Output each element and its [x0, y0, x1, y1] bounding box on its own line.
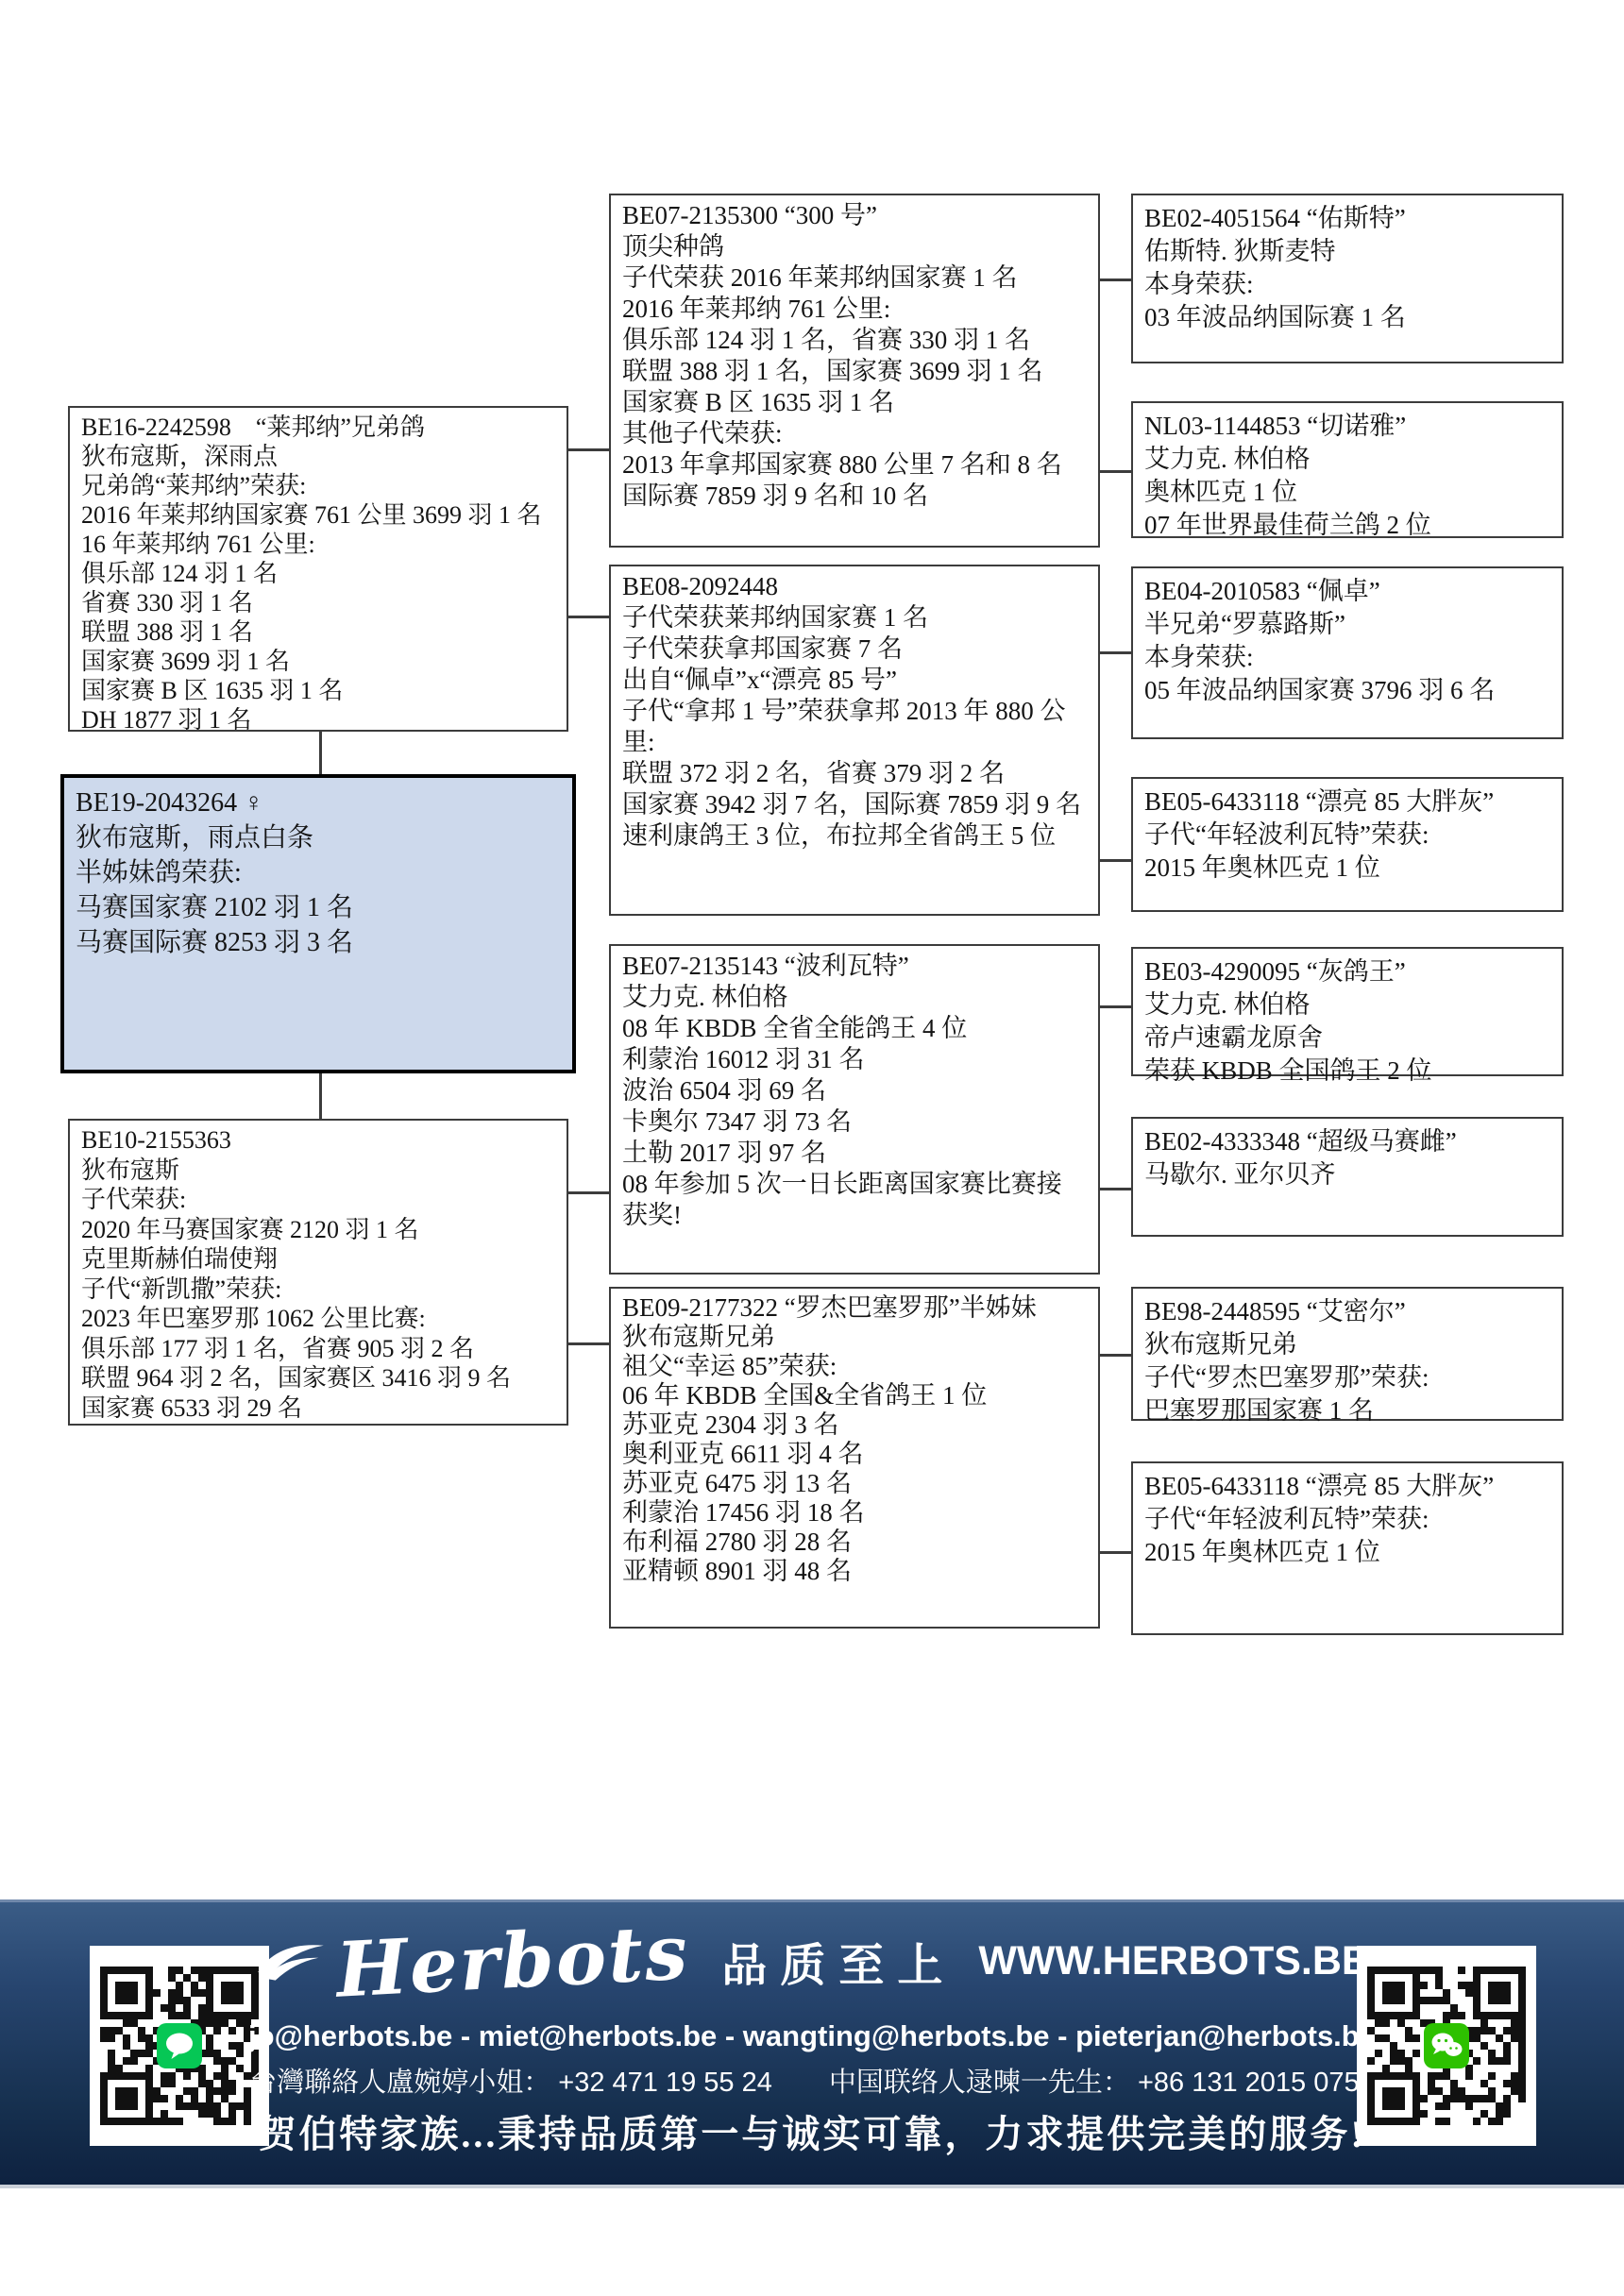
box-be08-2092448: BE08-2092448 子代荣获莱邦纳国家赛 1 名 子代荣获拿邦国家赛 7 …	[609, 565, 1100, 916]
pedigree-connector	[1100, 1005, 1131, 1008]
wechat-icon	[1424, 2023, 1469, 2068]
box-be05-6433118-top: BE05-6433118 “漂亮 85 大胖灰” 子代“年轻波利瓦特”荣获: 2…	[1131, 777, 1564, 912]
contact-china: 中国联络人逯暕一先生： +86 131 2015 0755	[829, 2068, 1375, 2098]
pedigree-connector	[1100, 1188, 1131, 1190]
wechat-qr-card	[1357, 1946, 1536, 2146]
contact-phones: 台灣聯絡人盧婉婷小姐： +32 471 19 55 24 中国联络人逯暕一先生：…	[198, 2061, 1426, 2100]
pedigree-connector	[568, 448, 609, 451]
contact-taiwan: 台灣聯絡人盧婉婷小姐： +32 471 19 55 24	[249, 2068, 772, 2098]
wing-icon	[255, 1938, 327, 1984]
pedigree-connector	[1100, 1551, 1131, 1554]
pedigree-connector	[568, 1342, 609, 1345]
line-icon	[157, 2023, 202, 2068]
brand-row: Herbots 品质至上 WWW.HERBOTS.BE	[255, 1921, 1369, 2001]
box-be09-2177322: BE09-2177322 “罗杰巴塞罗那”半姊妹 狄布寇斯兄弟 祖父“幸运 85…	[609, 1287, 1100, 1629]
pedigree-connector	[1100, 1354, 1131, 1357]
brand-logo-text: Herbots	[334, 1912, 691, 2009]
box-be19-2043264-subject: BE19-2043264 ♀ 狄布寇斯，雨点白条 半姊妹鸽荣获: 马赛国家赛 2…	[60, 774, 576, 1073]
pedigree-connector	[319, 1073, 322, 1119]
box-be04-2010583: BE04-2010583 “佩卓” 半兄弟“罗慕路斯” 本身荣获: 05 年波品…	[1131, 566, 1564, 739]
box-be02-4051564: BE02-4051564 “佑斯特” 佑斯特. 狄斯麦特 本身荣获: 03 年波…	[1131, 194, 1564, 363]
box-be02-4333348: BE02-4333348 “超级马赛雌” 马歇尔. 亚尔贝齐	[1131, 1117, 1564, 1237]
box-be98-2448595: BE98-2448595 “艾密尔” 狄布寇斯兄弟 子代“罗杰巴塞罗那”荣获: …	[1131, 1287, 1564, 1421]
box-be03-4290095: BE03-4290095 “灰鸽王” 艾力克. 林伯格 帝卢速霸龙原舍 荣获 K…	[1131, 947, 1564, 1076]
pedigree-connector	[1100, 859, 1131, 862]
box-be16-2242598: BE16-2242598 “莱邦纳”兄弟鸽 狄布寇斯，深雨点 兄弟鸽“莱邦纳”荣…	[68, 406, 568, 732]
box-be05-6433118-bottom: BE05-6433118 “漂亮 85 大胖灰” 子代“年轻波利瓦特”荣获: 2…	[1131, 1461, 1564, 1635]
pedigree-connector	[568, 1191, 609, 1194]
pedigree-connector	[1100, 651, 1131, 654]
pedigree-connector	[1100, 470, 1131, 473]
pedigree-page: BE16-2242598 “莱邦纳”兄弟鸽 狄布寇斯，深雨点 兄弟鸽“莱邦纳”荣…	[0, 0, 1624, 2296]
email-links[interactable]: jo@herbots.be - miet@herbots.be - wangti…	[198, 2019, 1426, 2053]
box-be07-2135143: BE07-2135143 “波利瓦特” 艾力克. 林伯格 08 年 KBDB 全…	[609, 944, 1100, 1275]
footer-banner: Herbots 品质至上 WWW.HERBOTS.BE jo@herbots.b…	[0, 1899, 1624, 2188]
box-be10-2155363: BE10-2155363 狄布寇斯 子代荣获: 2020 年马赛国家赛 2120…	[68, 1119, 568, 1426]
box-nl03-1144853: NL03-1144853 “切诺雅” 艾力克. 林伯格 奥林匹克 1 位 07 …	[1131, 401, 1564, 538]
pedigree-connector	[568, 616, 609, 618]
website-link[interactable]: WWW.HERBOTS.BE	[978, 1938, 1368, 1984]
footer-tagline: 贺伯特家族...秉持品质第一与诚实可靠，力求提供完美的服务!	[151, 2104, 1473, 2158]
pedigree-connector	[319, 732, 322, 774]
pedigree-connector	[1100, 279, 1131, 281]
brand-slogan: 品质至上	[721, 1929, 956, 1994]
box-be07-2135300: BE07-2135300 “300 号” 顶尖种鸽 子代荣获 2016 年莱邦纳…	[609, 194, 1100, 548]
